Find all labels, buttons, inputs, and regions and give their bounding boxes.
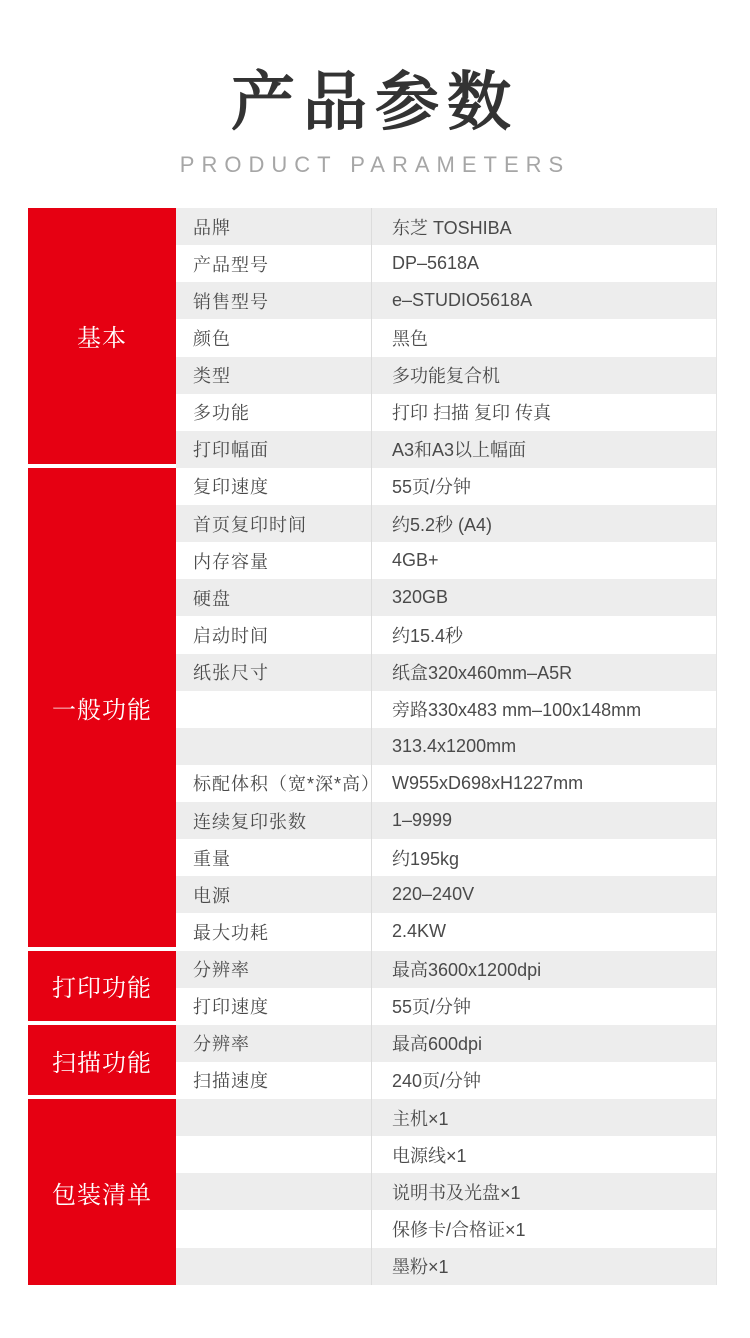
param-value-cell: 东芝 TOSHIBA <box>372 208 716 245</box>
param-name-cell: 首页复印时间 <box>176 505 372 542</box>
spec-rows: 品牌东芝 TOSHIBA产品型号DP–5618A销售型号e–STUDIO5618… <box>176 208 717 1285</box>
param-value-cell: 313.4x1200mm <box>372 728 716 765</box>
table-row: 最大功耗2.4KW <box>176 913 716 950</box>
param-value-cell: 保修卡/合格证×1 <box>372 1210 716 1247</box>
param-value-cell: 2.4KW <box>372 913 716 950</box>
param-value-cell: DP–5618A <box>372 245 716 282</box>
param-name-cell: 复印速度 <box>176 468 372 505</box>
param-name-cell: 硬盘 <box>176 579 372 616</box>
param-value-cell: 纸盒320x460mm–A5R <box>372 654 716 691</box>
param-name-cell: 产品型号 <box>176 245 372 282</box>
param-name-cell: 分辨率 <box>176 951 372 988</box>
table-row: 主机×1 <box>176 1099 716 1136</box>
param-name-cell: 扫描速度 <box>176 1062 372 1099</box>
table-row: 多功能打印 扫描 复印 传真 <box>176 394 716 431</box>
param-name-cell: 打印速度 <box>176 988 372 1025</box>
section-label: 扫描功能 <box>28 1025 176 1099</box>
table-row: 复印速度55页/分钟 <box>176 468 716 505</box>
table-row: 打印幅面A3和A3以上幅面 <box>176 431 716 468</box>
table-row: 重量约195kg <box>176 839 716 876</box>
param-name-cell <box>176 1210 372 1247</box>
param-name-cell <box>176 1136 372 1173</box>
section-sidebar: 基本一般功能打印功能扫描功能包装清单 <box>28 208 176 1285</box>
param-value-cell: 约15.4秒 <box>372 616 716 653</box>
param-name-cell: 连续复印张数 <box>176 802 372 839</box>
param-value-cell: 55页/分钟 <box>372 468 716 505</box>
table-row: 旁路330x483 mm–100x148mm <box>176 691 716 728</box>
param-name-cell <box>176 1248 372 1285</box>
page-subtitle: PRODUCT PARAMETERS <box>0 152 750 178</box>
param-name-cell <box>176 1099 372 1136</box>
param-value-cell: 220–240V <box>372 876 716 913</box>
table-row: 连续复印张数1–9999 <box>176 802 716 839</box>
param-name-cell <box>176 691 372 728</box>
param-value-cell: e–STUDIO5618A <box>372 282 716 319</box>
param-name-cell: 品牌 <box>176 208 372 245</box>
table-row: 纸张尺寸纸盒320x460mm–A5R <box>176 654 716 691</box>
section-label: 一般功能 <box>28 468 176 951</box>
param-name-cell: 打印幅面 <box>176 431 372 468</box>
param-value-cell: 多功能复合机 <box>372 357 716 394</box>
param-value-cell: 约5.2秒 (A4) <box>372 505 716 542</box>
section-label: 基本 <box>28 208 176 468</box>
param-name-cell: 标配体积（宽*深*高） <box>176 765 372 802</box>
param-name-cell: 内存容量 <box>176 542 372 579</box>
param-value-cell: 打印 扫描 复印 传真 <box>372 394 716 431</box>
table-row: 说明书及光盘×1 <box>176 1173 716 1210</box>
param-value-cell: 320GB <box>372 579 716 616</box>
param-name-cell: 重量 <box>176 839 372 876</box>
section-label: 包装清单 <box>28 1099 176 1285</box>
param-name-cell <box>176 728 372 765</box>
table-row: 分辨率最高3600x1200dpi <box>176 951 716 988</box>
param-value-cell: 旁路330x483 mm–100x148mm <box>372 691 716 728</box>
param-value-cell: 说明书及光盘×1 <box>372 1173 716 1210</box>
table-row: 墨粉×1 <box>176 1248 716 1285</box>
param-value-cell: 约195kg <box>372 839 716 876</box>
spec-table: 基本一般功能打印功能扫描功能包装清单 品牌东芝 TOSHIBA产品型号DP–56… <box>28 208 717 1285</box>
param-name-cell: 类型 <box>176 357 372 394</box>
param-name-cell: 纸张尺寸 <box>176 654 372 691</box>
table-row: 分辨率最高600dpi <box>176 1025 716 1062</box>
param-value-cell: 最高600dpi <box>372 1025 716 1062</box>
table-row: 保修卡/合格证×1 <box>176 1210 716 1247</box>
table-row: 颜色黑色 <box>176 319 716 356</box>
table-row: 扫描速度240页/分钟 <box>176 1062 716 1099</box>
param-value-cell: 主机×1 <box>372 1099 716 1136</box>
table-row: 标配体积（宽*深*高）W955xD698xH1227mm <box>176 765 716 802</box>
param-value-cell: 最高3600x1200dpi <box>372 951 716 988</box>
param-value-cell: 55页/分钟 <box>372 988 716 1025</box>
param-value-cell: 黑色 <box>372 319 716 356</box>
param-name-cell: 最大功耗 <box>176 913 372 950</box>
param-name-cell <box>176 1173 372 1210</box>
table-row: 打印速度55页/分钟 <box>176 988 716 1025</box>
table-row: 品牌东芝 TOSHIBA <box>176 208 716 245</box>
section-label: 打印功能 <box>28 951 176 1025</box>
table-row: 内存容量4GB+ <box>176 542 716 579</box>
param-name-cell: 电源 <box>176 876 372 913</box>
table-row: 首页复印时间约5.2秒 (A4) <box>176 505 716 542</box>
table-row: 硬盘320GB <box>176 579 716 616</box>
param-name-cell: 分辨率 <box>176 1025 372 1062</box>
table-row: 电源220–240V <box>176 876 716 913</box>
param-value-cell: 墨粉×1 <box>372 1248 716 1285</box>
param-name-cell: 颜色 <box>176 319 372 356</box>
param-name-cell: 启动时间 <box>176 616 372 653</box>
table-row: 电源线×1 <box>176 1136 716 1173</box>
param-value-cell: 电源线×1 <box>372 1136 716 1173</box>
param-value-cell: W955xD698xH1227mm <box>372 765 716 802</box>
table-row: 313.4x1200mm <box>176 728 716 765</box>
param-value-cell: 240页/分钟 <box>372 1062 716 1099</box>
table-row: 产品型号DP–5618A <box>176 245 716 282</box>
page-title: 产品参数 <box>0 62 750 142</box>
param-value-cell: 4GB+ <box>372 542 716 579</box>
table-row: 销售型号e–STUDIO5618A <box>176 282 716 319</box>
table-row: 启动时间约15.4秒 <box>176 616 716 653</box>
param-name-cell: 销售型号 <box>176 282 372 319</box>
table-row: 类型多功能复合机 <box>176 357 716 394</box>
param-value-cell: 1–9999 <box>372 802 716 839</box>
param-name-cell: 多功能 <box>176 394 372 431</box>
page-header: 产品参数 PRODUCT PARAMETERS <box>0 0 750 178</box>
param-value-cell: A3和A3以上幅面 <box>372 431 716 468</box>
